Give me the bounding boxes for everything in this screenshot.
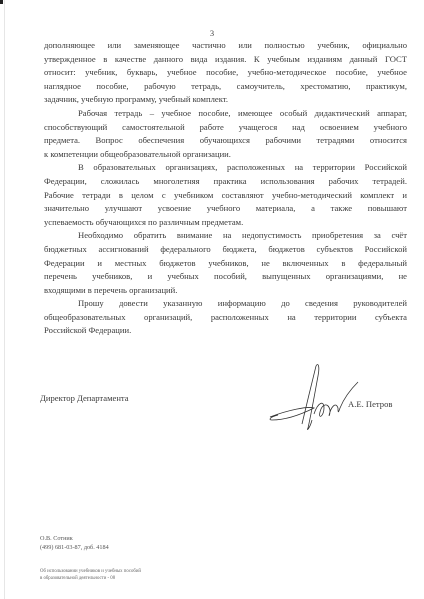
text-line: предмета. Вопрос обеспечения обучающихся… [44, 134, 407, 148]
text-line: перечень учебников, и учебных пособий, в… [44, 270, 407, 284]
text-line: Федерации и местных бюджетов учебников, … [44, 257, 407, 271]
paragraph: Прошу довести указанную информацию до св… [44, 297, 407, 338]
executor-info: О.В. Сотник (499) 681-03-87, доб. 4184 [40, 534, 109, 552]
text-line: В образовательных организациях, располож… [44, 161, 407, 175]
text-line: успеваемость обучающихся по различным пр… [44, 216, 407, 230]
signatory-title: Директор Департамента [40, 393, 129, 403]
text-line: Необходимо обратить внимание на недопуст… [44, 229, 407, 243]
text-line: задачник, учебную программу, учебный ком… [44, 93, 407, 107]
text-line: общеобразовательных организаций, располо… [44, 311, 407, 325]
text-line: входящими в перечень организаций. [44, 284, 407, 298]
page-number: 3 [0, 28, 424, 38]
paragraph: дополняющее или заменяющее частично или … [44, 39, 407, 107]
executor-phone: (499) 681-03-87, доб. 4184 [40, 543, 109, 552]
paragraph: Необходимо обратить внимание на недопуст… [44, 229, 407, 297]
text-line: дополняющее или заменяющее частично или … [44, 39, 407, 53]
text-line: к компетенции общеобразовательной органи… [44, 148, 407, 162]
paragraph: В образовательных организациях, располож… [44, 161, 407, 229]
scan-corner-mark [0, 0, 3, 4]
text-line: способствующий самостоятельной работе уч… [44, 121, 407, 135]
text-line: наглядное пособие, рабочую тетрадь, само… [44, 80, 407, 94]
document-reference: Об использовании учебников и учебных пос… [40, 568, 141, 582]
text-line: Рабочие тетради в целом с учебником сост… [44, 189, 407, 203]
scan-left-edge [4, 0, 5, 599]
text-line: значительно улучшают усвоение учебного м… [44, 202, 407, 216]
text-line: Федерации, сложилась многолетняя практик… [44, 175, 407, 189]
text-line: Рабочая тетрадь – учебное пособие, имеющ… [44, 107, 407, 121]
document-reference-line: Об использовании учебников и учебных пос… [40, 568, 141, 575]
paragraph: Рабочая тетрадь – учебное пособие, имеющ… [44, 107, 407, 161]
text-line: относит: учебник, букварь, учебное пособ… [44, 66, 407, 80]
document-reference-line: в образовательной деятельности - 08 [40, 575, 141, 582]
text-line: Российской Федерации. [44, 324, 407, 338]
executor-name: О.В. Сотник [40, 534, 109, 543]
letter-body: дополняющее или заменяющее частично или … [44, 39, 407, 338]
text-line: утвержденное в качестве данного вида изд… [44, 53, 407, 67]
text-line: Прошу довести указанную информацию до св… [44, 297, 407, 311]
signatory-name: А.Е. Петров [348, 399, 392, 409]
text-line: бюджетных ассигнований федерального бюдж… [44, 243, 407, 257]
